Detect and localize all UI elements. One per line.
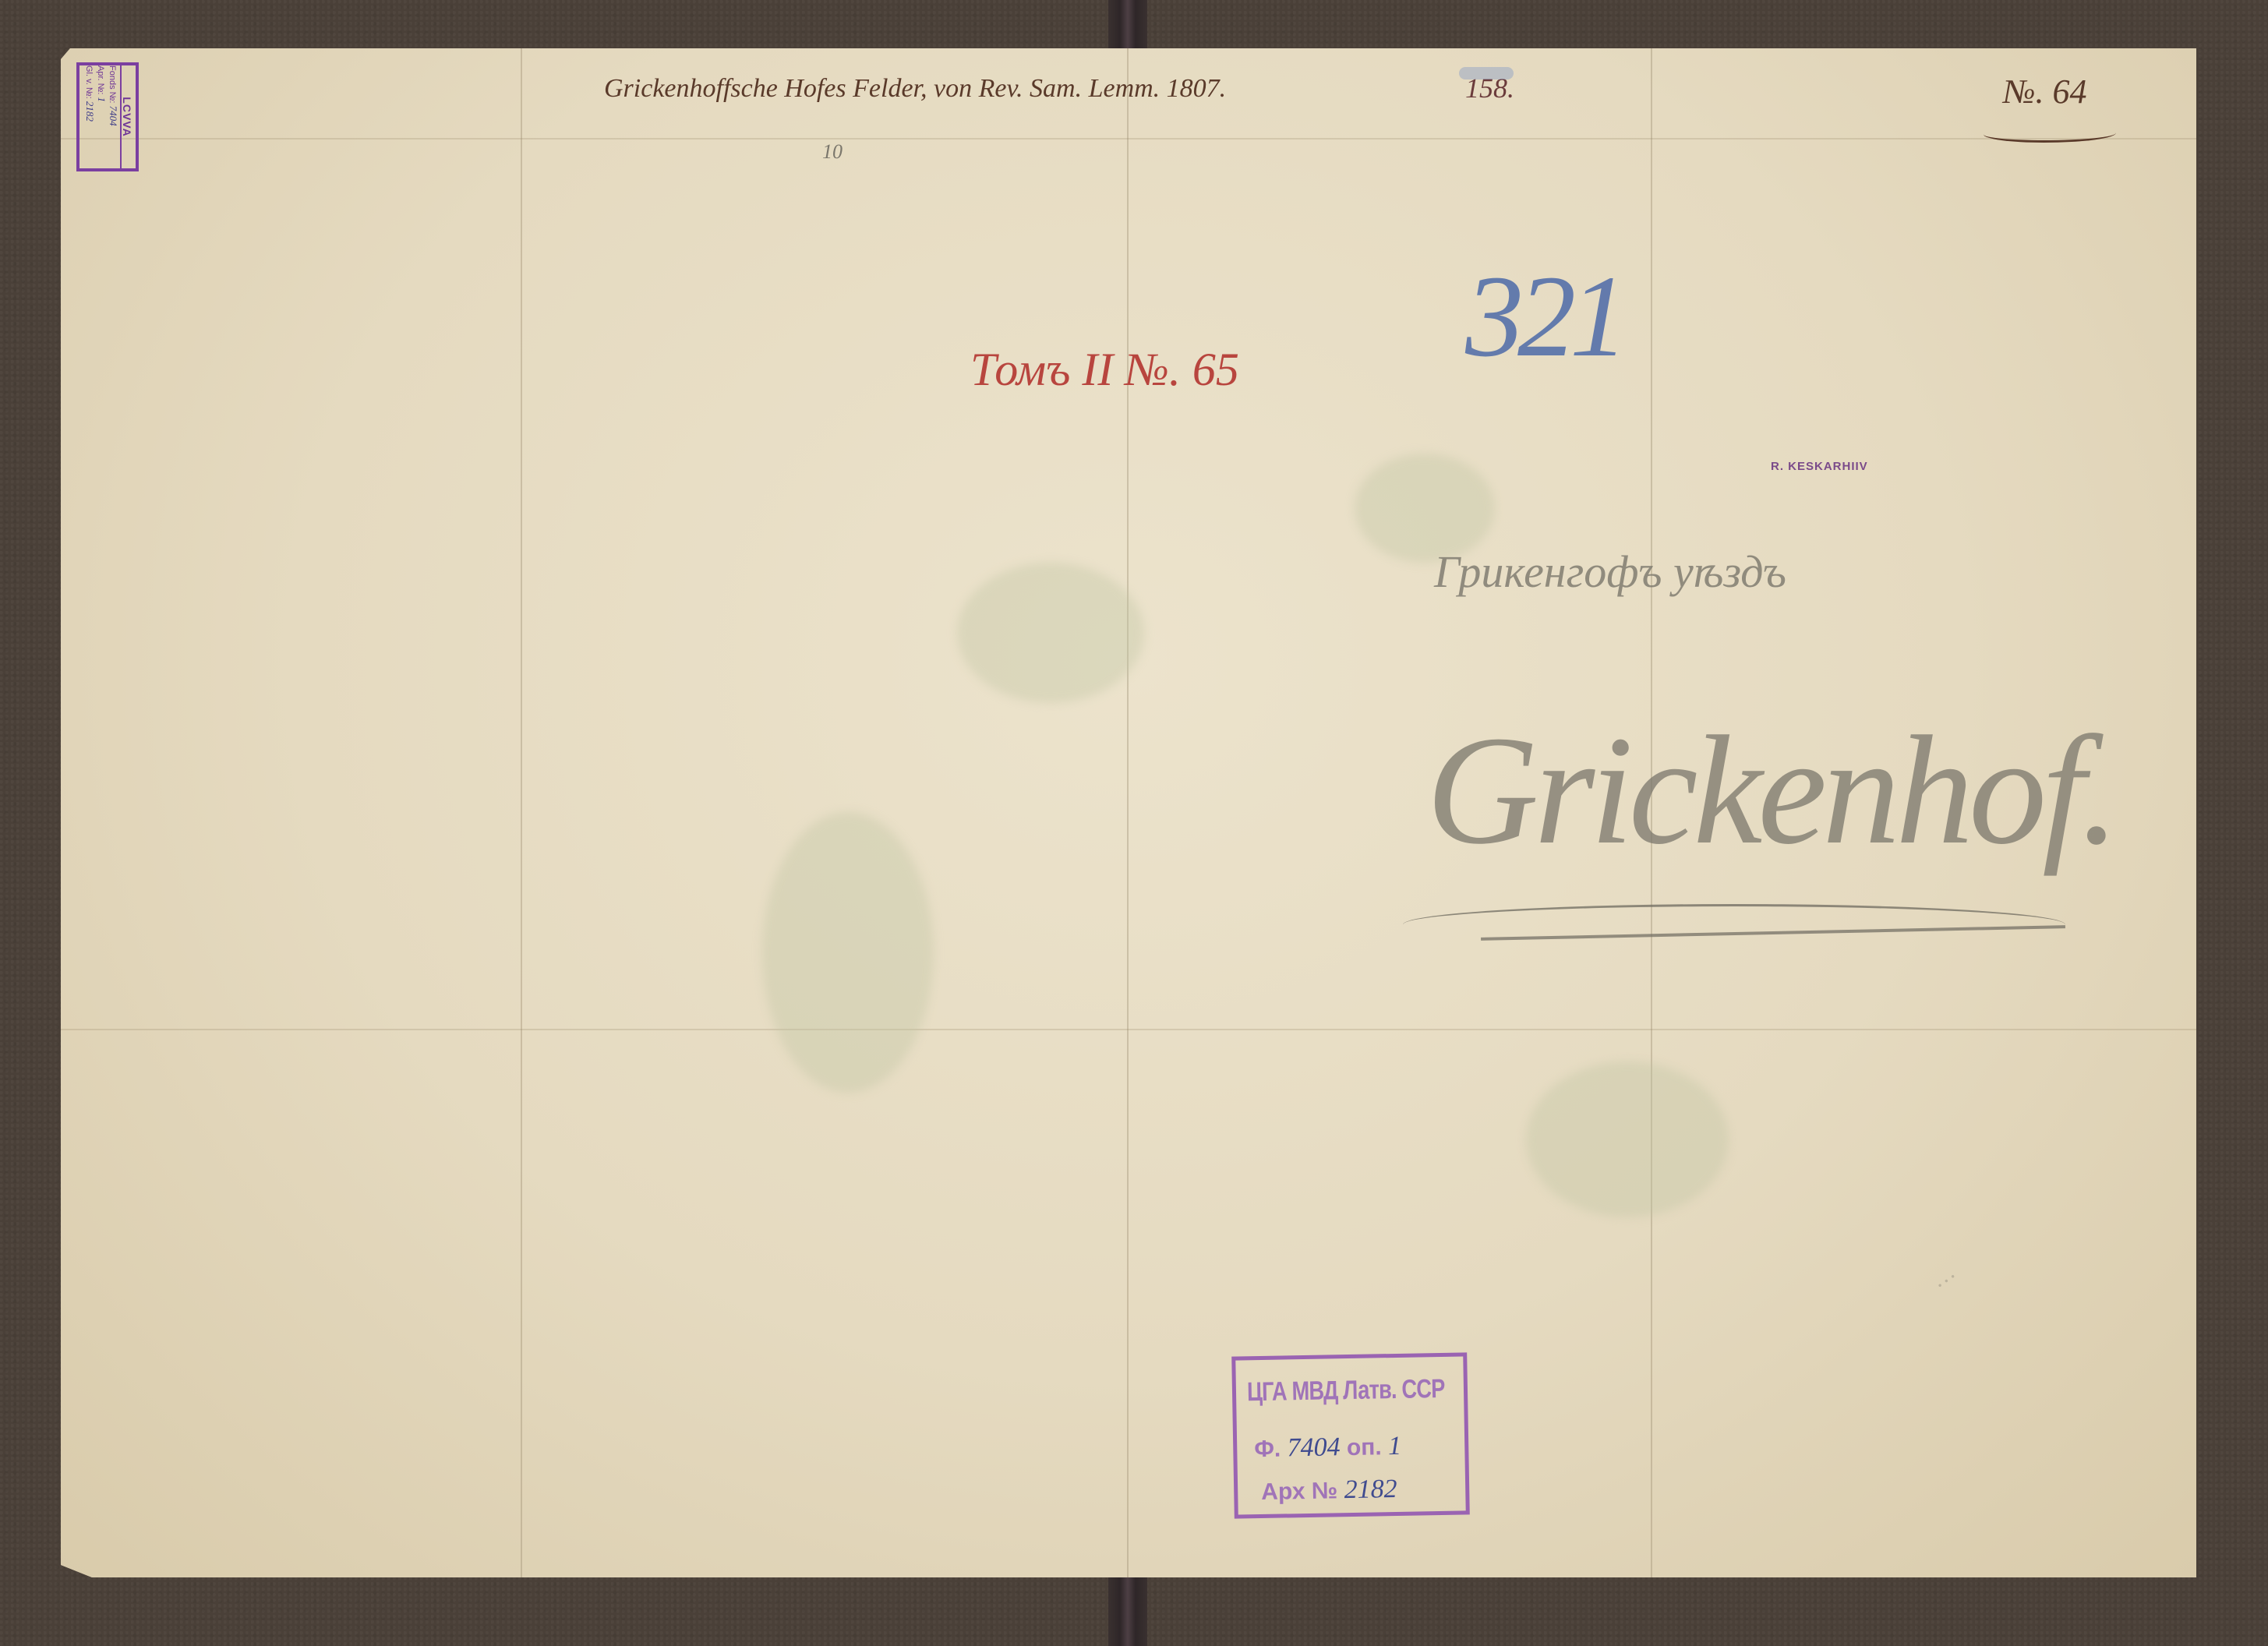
pencil-place-name: Grickenhof. — [1426, 701, 2115, 880]
stamp-label: № — [1312, 1478, 1338, 1504]
cga-archive-stamp: ЦГА МВД Латв. ССР Ф. 7404 оп. 1 Арх № 21… — [1231, 1352, 1470, 1518]
stamp-label: Ф. — [1254, 1436, 1281, 1463]
stamp-fond-line: Ф. 7404 оп. 1 — [1254, 1432, 1401, 1464]
stamp-value: 1 — [1388, 1432, 1402, 1461]
blue-crayon-number: 321 — [1465, 249, 1622, 383]
stamp-value: 2182 — [1344, 1475, 1397, 1504]
stamp-label: Apr. №: — [96, 65, 105, 94]
fold-line — [521, 48, 522, 1577]
fold-line — [1127, 48, 1129, 1577]
stamp-value: 7404 — [108, 106, 119, 126]
stamp-title: LCVVA — [120, 65, 132, 168]
water-stain — [957, 563, 1144, 703]
fold-line — [61, 1029, 2196, 1030]
catalog-number: №. 64 — [2003, 72, 2087, 111]
stamp-label: Gl. v. №: — [84, 65, 94, 99]
stamp-label: оп. — [1347, 1434, 1382, 1461]
stamp-title: ЦГА МВД Латв. ССР — [1247, 1374, 1445, 1408]
water-stain — [762, 812, 934, 1093]
water-stain — [1526, 1061, 1729, 1217]
stamp-value: 7404 — [1287, 1432, 1341, 1462]
keskarhiiv-stamp: R. KESKARHIIV — [1771, 460, 1868, 473]
pencil-russian-note: Грикенгофъ уѣздъ — [1434, 546, 1786, 598]
pencil-number: 10 — [822, 140, 843, 164]
stamp-value: 2182 — [84, 101, 96, 122]
fold-line — [61, 138, 2196, 140]
stamp-arch-line: Арх № 2182 — [1261, 1475, 1397, 1506]
stamp-value: 1 — [96, 97, 108, 103]
lcvva-archive-stamp: LCVVA Fonds №: 7404 Apr. №: 1 Gl. v. №: … — [76, 62, 139, 171]
document-title-handwritten: Grickenhoffsche Hofes Felder, von Rev. S… — [604, 74, 1226, 104]
stamp-label: Fonds №: — [108, 65, 117, 104]
title-number: 158. — [1465, 72, 1514, 104]
volume-reference-red: Томъ II №. 65 — [970, 343, 1239, 397]
stamp-label: Арх — [1261, 1478, 1305, 1505]
